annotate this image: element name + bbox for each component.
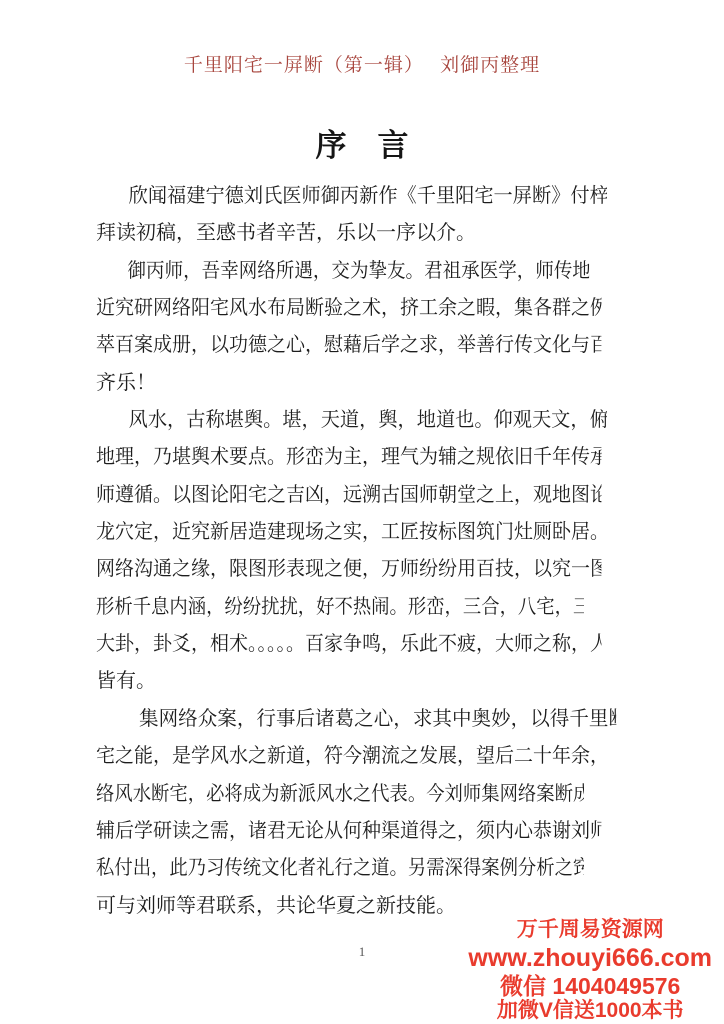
watermark-site-name: 万千周易资源网 [468,916,712,944]
body-line: 师遵循。以图论阳宅之吉凶，远溯古国师朝堂之上，观地图论行 [96,477,601,514]
body-line: 集网络众案，行事后诸葛之心，求其中奥妙，以得千里断 [96,701,616,738]
watermark-wechat-number: 微信 1404049576 [468,973,712,999]
body-line: 齐乐！ [96,365,628,402]
document-body: 欣闻福建宁德刘氏医师御丙新作《千里阳宅一屏断》付梓，拜读初稿，至感书者辛苦，乐以… [96,178,628,925]
body-line: 皆有。 [96,663,628,700]
watermark-promo-text: 加微V信送1000本书 [468,999,712,1023]
body-line: 大卦，卦爻，相术。。。。。百家争鸣，乐此不疲，大师之称，人人 [96,626,601,663]
document-page: 千里阳宅一屏断（第一辑） 刘御丙整理 序 言 欣闻福建宁德刘氏医师御丙新作《千里… [0,0,724,1024]
body-line: 网络沟通之缘，限图形表现之便，万师纷纷用百技，以究一图之 [96,551,601,588]
watermark-site-url: www.zhouyi666.com [468,944,712,973]
body-line: 私付出，此乃习传统文化者礼行之道。另需深得案例分析之窍门， [96,850,584,887]
body-line: 御丙师，吾幸网络所遇，交为挚友。君祖承医学，师传地师， [96,253,589,290]
body-line: 地理，乃堪舆术要点。形峦为主，理气为辅之规依旧千年传承万 [96,439,601,476]
body-line: 形析千息内涵，纷纷扰扰，好不热闹。形峦，三合，八宅，三元， [96,589,584,626]
document-header: 千里阳宅一屏断（第一辑） 刘御丙整理 [0,50,724,77]
page-title: 序 言 [0,120,724,165]
body-line: 拜读初稿，至感书者辛苦，乐以一序以介。 [96,215,628,252]
body-line: 龙穴定，近究新居造建现场之实，工匠按标图筑门灶厕卧居。因 [96,514,601,551]
body-line: 络风水断宅，必将成为新派风水之代表。今刘师集网络案断成册， [96,776,584,813]
body-line: 萃百案成册，以功德之心，慰藉后学之求，举善行传文化与百众 [96,327,601,364]
body-line: 辅后学研读之需，诸君无论从何种渠道得之，须内心恭谢刘师无 [96,813,601,850]
body-line: 风水，古称堪舆。堪，天道，舆，地道也。仰观天文，俯察 [96,402,607,439]
body-line: 欣闻福建宁德刘氏医师御丙新作《千里阳宅一屏断》付梓， [96,178,607,215]
watermark: 万千周易资源网 www.zhouyi666.com 微信 1404049576 … [468,916,712,1023]
body-line: 宅之能，是学风水之新道，符今潮流之发展，望后二十年余，网 [96,738,601,775]
body-line: 近究研网络阳宅风水布局断验之术，挤工余之暇，集各群之例， [96,290,601,327]
